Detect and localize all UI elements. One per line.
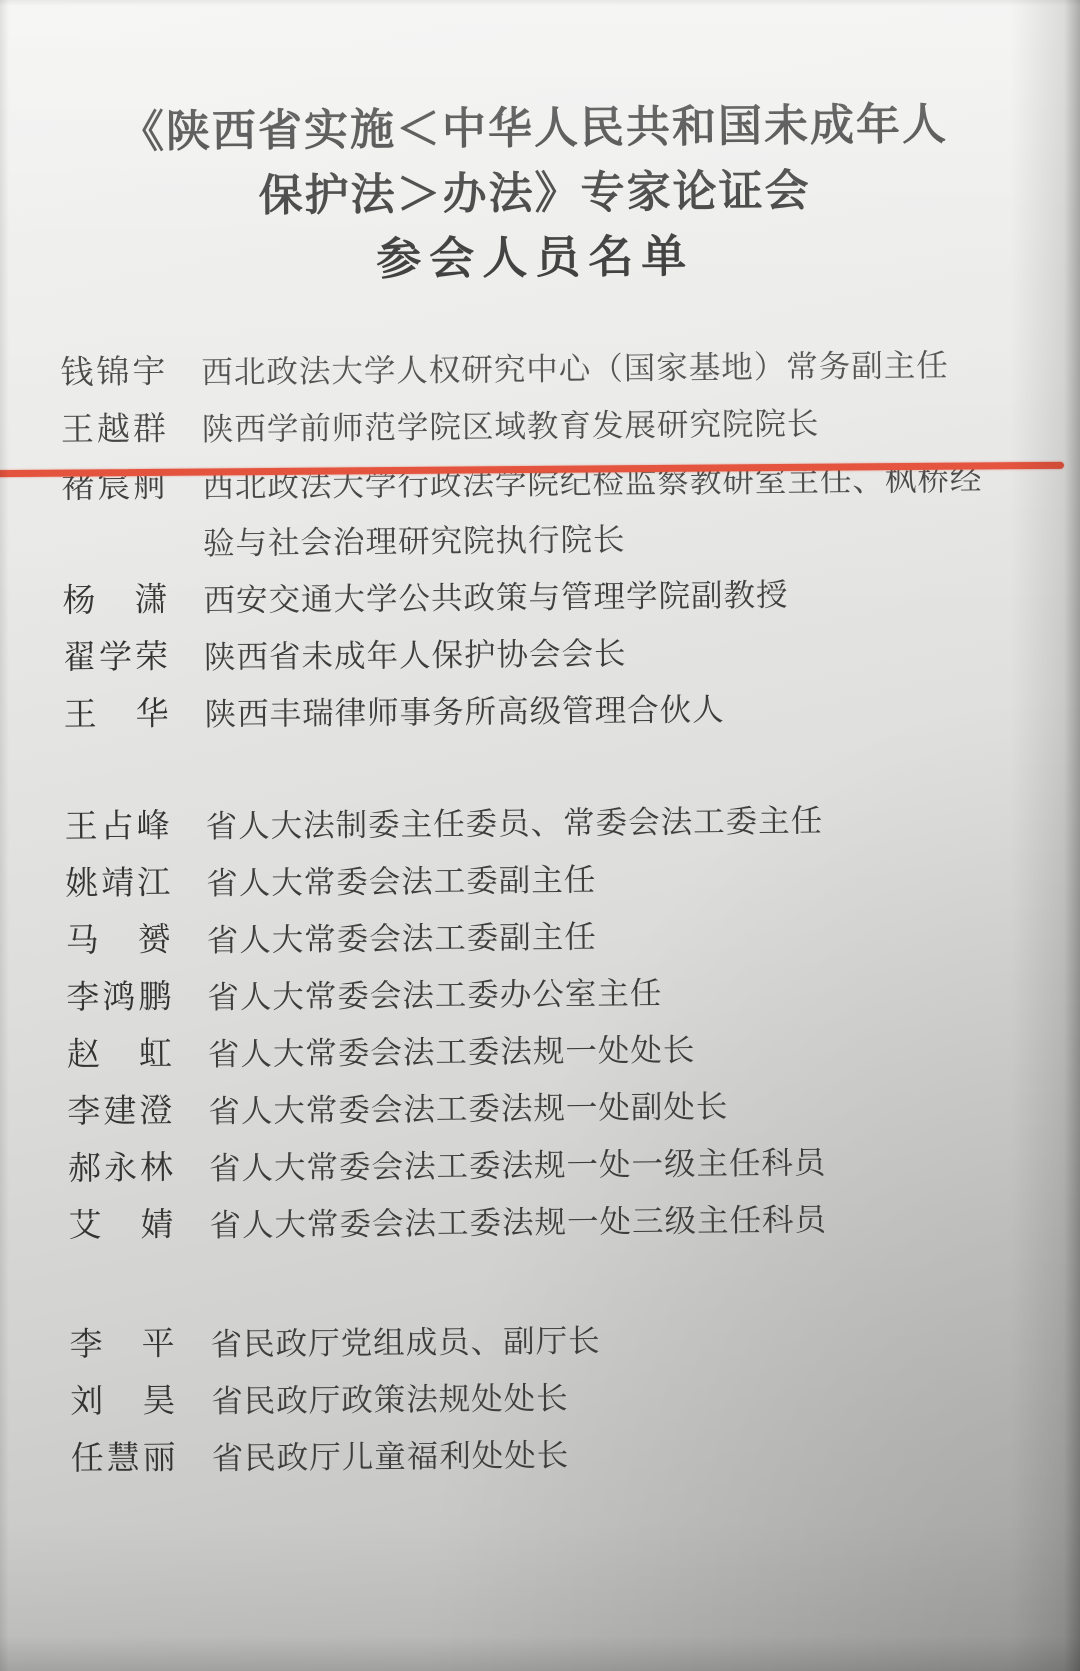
attendee-name: 马 赟 <box>66 912 185 970</box>
attendee-row: 李建澄 省人大常委会法工委法规一处副处长 <box>67 1075 1054 1141</box>
attendee-title: 省人大常委会法工委法规一处副处长 <box>208 1076 1001 1141</box>
attendee-row: 杨 潇 西安交通大学公共政策与管理学院副教授 <box>62 564 1049 630</box>
title-line-2: 保护法＞办法》专家论证会 <box>34 156 1035 231</box>
attendee-row: 李鸿鹏 省人大常委会法工委办公室主任 <box>66 961 1053 1027</box>
attendee-name: 翟学荣 <box>63 629 182 687</box>
attendee-name: 钱锦宇 <box>60 344 179 402</box>
attendee-title: 西北政法大学人权研究中心（国家基地）常务副主任 <box>201 337 994 402</box>
attendee-row: 姚靖江 省人大常委会法工委副主任 <box>65 847 1052 913</box>
attendee-title: 省人大常委会法工委法规一处处长 <box>208 1019 1001 1084</box>
attendee-name: 李建澄 <box>67 1083 186 1141</box>
attendee-title: 省人大常委会法工委副主任 <box>206 848 999 913</box>
attendee-row: 王 华 陕西丰瑞律师事务所高级管理合伙人 <box>63 678 1050 744</box>
attendee-name: 王 华 <box>63 686 182 744</box>
attendee-title: 陕西省未成年人保护协会会长 <box>204 622 997 687</box>
attendee-name: 赵 虹 <box>67 1026 186 1084</box>
attendee-title: 省人大法制委主任委员、常委会法工委主任 <box>205 791 998 856</box>
attendee-name: 王占峰 <box>64 798 183 856</box>
attendee-name: 任慧丽 <box>71 1430 190 1488</box>
attendee-name: 姚靖江 <box>65 855 184 913</box>
attendee-row: 刘 昊 省民政厅政策法规处处长 <box>70 1365 1057 1431</box>
title-line-1: 《陕西省实施＜中华人民共和国未成年人 <box>34 91 1035 166</box>
attendee-row: 郝永林 省人大常委会法工委法规一处一级主任科员 <box>68 1132 1055 1198</box>
attendee-title: 省人大常委会法工委法规一处三级主任科员 <box>209 1190 1002 1255</box>
attendee-row: 任慧丽 省民政厅儿童福利处处长 <box>71 1422 1058 1488</box>
attendee-title: 省人大常委会法工委副主任 <box>207 905 1000 970</box>
attendee-name: 李鸿鹏 <box>66 969 185 1027</box>
attendee-name: 艾 婧 <box>68 1197 187 1255</box>
attendee-row: 钱锦宇 西北政法大学人权研究中心（国家基地）常务副主任 <box>60 336 1047 402</box>
attendee-title: 省民政厅政策法规处处长 <box>211 1366 1004 1431</box>
attendee-row: 王越群 陕西学前师范学院区域教育发展研究院院长 <box>61 393 1048 459</box>
attendee-row: 翟学荣 陕西省未成年人保护协会会长 <box>63 621 1050 687</box>
attendee-name: 郝永林 <box>68 1140 187 1198</box>
attendee-name: 杨 潇 <box>62 572 181 630</box>
attendee-name: 褚宸舸 <box>61 458 180 516</box>
attendee-group: 王占峰 省人大法制委主任委员、常委会法工委主任 姚靖江 省人大常委会法工委副主任… <box>64 790 1054 1255</box>
attendee-group: 钱锦宇 西北政法大学人权研究中心（国家基地）常务副主任 王越群 陕西学前师范学院… <box>60 336 1050 744</box>
attendee-title: 省民政厅党组成员、副厅长 <box>210 1309 1003 1374</box>
document-title: 《陕西省实施＜中华人民共和国未成年人 保护法＞办法》专家论证会 参会人员名单 <box>34 91 1036 296</box>
attendee-name: 王越群 <box>61 401 180 459</box>
attendee-name: 刘 昊 <box>70 1373 189 1431</box>
document-page: 《陕西省实施＜中华人民共和国未成年人 保护法＞办法》专家论证会 参会人员名单 钱… <box>0 0 1080 1671</box>
attendee-row: 艾 婧 省人大常委会法工委法规一处三级主任科员 <box>68 1189 1055 1255</box>
attendee-title: 省人大常委会法工委法规一处一级主任科员 <box>209 1133 1002 1198</box>
attendee-row: 马 赟 省人大常委会法工委副主任 <box>66 904 1053 970</box>
attendee-title: 西安交通大学公共政策与管理学院副教授 <box>203 565 996 630</box>
attendee-group: 李 平 省民政厅党组成员、副厅长 刘 昊 省民政厅政策法规处处长 任慧丽 省民政… <box>69 1308 1057 1488</box>
attendee-title: 陕西丰瑞律师事务所高级管理合伙人 <box>204 679 997 744</box>
title-line-3: 参会人员名单 <box>35 221 1036 296</box>
document-photo: 《陕西省实施＜中华人民共和国未成年人 保护法＞办法》专家论证会 参会人员名单 钱… <box>0 0 1080 1671</box>
attendee-row: 李 平 省民政厅党组成员、副厅长 <box>69 1308 1056 1374</box>
attendee-list: 钱锦宇 西北政法大学人权研究中心（国家基地）常务副主任 王越群 陕西学前师范学院… <box>0 336 1080 1489</box>
attendee-title: 省民政厅儿童福利处处长 <box>211 1423 1004 1488</box>
attendee-title: 陕西学前师范学院区域教育发展研究院院长 <box>202 394 995 459</box>
attendee-title: 省人大常委会法工委办公室主任 <box>207 962 1000 1027</box>
attendee-row: 王占峰 省人大法制委主任委员、常委会法工委主任 <box>64 790 1051 856</box>
attendee-row: 赵 虹 省人大常委会法工委法规一处处长 <box>67 1018 1054 1084</box>
attendee-name: 李 平 <box>69 1316 188 1374</box>
